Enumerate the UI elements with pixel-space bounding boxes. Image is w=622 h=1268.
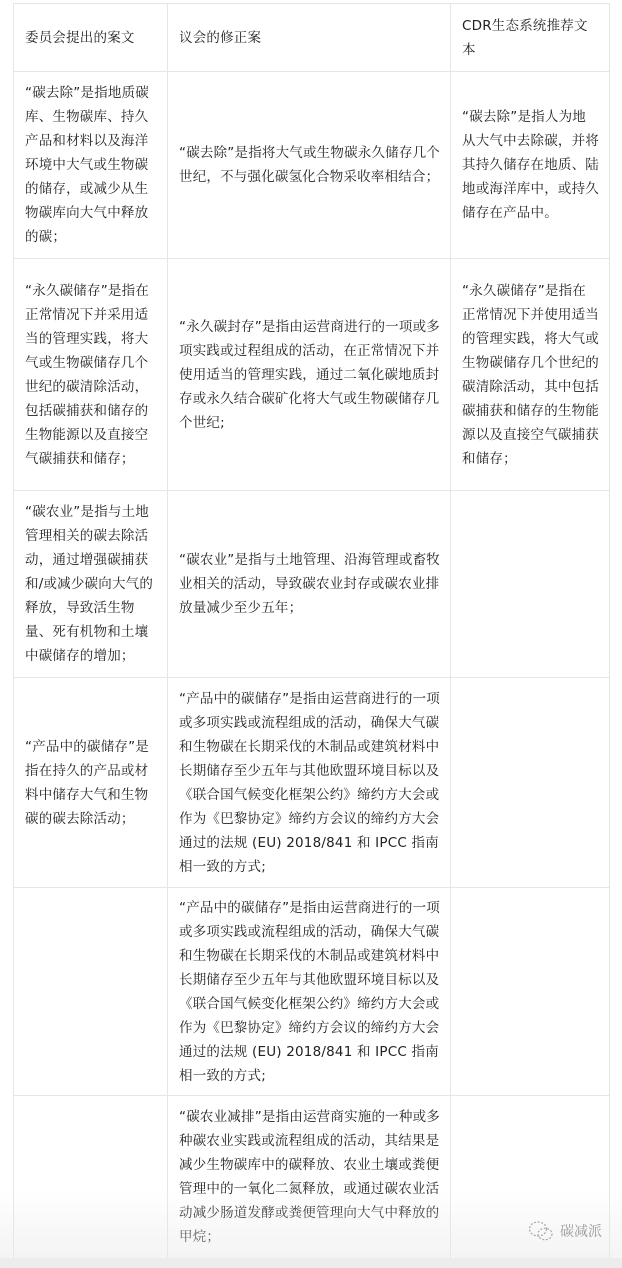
cell-commission: “碳农业”是指与土地管理相关的碳去除活动，通过增强碳捕获和/或减少碳向大气的释放… [14, 491, 168, 678]
table-row: “碳农业”是指与土地管理相关的碳去除活动，通过增强碳捕获和/或减少碳向大气的释放… [14, 491, 610, 678]
table-header-row: 委员会提出的案文 议会的修正案 CDR生态系统推荐文本 [14, 4, 610, 72]
wechat-icon [528, 1220, 554, 1242]
cell-commission: “碳去除”是指地质碳库、生物碳库、持久产品和材料以及海洋环境中大气或生物碳的储存… [14, 72, 168, 259]
watermark-label: 碳减派 [560, 1221, 602, 1241]
cell-cdr: “永久碳储存”是指在正常情况下并使用适当的管理实践，将大气或生物碳储存几个世纪的… [451, 259, 610, 491]
cell-parliament: “碳农业减排”是指由运营商实施的一种或多种碳农业实践或流程组成的活动，其结果是减… [168, 1096, 451, 1259]
cell-cdr [451, 888, 610, 1096]
table-row: “产品中的碳储存”是指在持久的产品或材料中储存大气和生物碳的碳去除活动； “产品… [14, 678, 610, 888]
cell-parliament: “碳农业”是指与土地管理、沿海管理或畜牧业相关的活动，导致碳农业封存或碳农业排放… [168, 491, 451, 678]
cell-cdr [451, 491, 610, 678]
header-commission-text: 委员会提出的案文 [14, 4, 168, 72]
table-row: “永久碳储存”是指在正常情况下并采用适当的管理实践，将大气或生物碳储存几个世纪的… [14, 259, 610, 491]
cell-parliament: “碳去除”是指将大气或生物碳永久储存几个世纪，不与强化碳氢化合物采收率相结合； [168, 72, 451, 259]
table-row: “产品中的碳储存”是指由运营商进行的一项或多项实践或流程组成的活动，确保大气碳和… [14, 888, 610, 1096]
cell-cdr: “碳去除”是指人为地从大气中去除碳，并将其持久储存在地质、陆地或海洋库中，或持久… [451, 72, 610, 259]
cell-commission: “永久碳储存”是指在正常情况下并采用适当的管理实践，将大气或生物碳储存几个世纪的… [14, 259, 168, 491]
cell-parliament: “产品中的碳储存”是指由运营商进行的一项或多项实践或流程组成的活动，确保大气碳和… [168, 888, 451, 1096]
cell-commission [14, 888, 168, 1096]
bottom-strip [0, 1258, 622, 1268]
header-cdr-recommended-text: CDR生态系统推荐文本 [451, 4, 610, 72]
cell-cdr [451, 678, 610, 888]
cell-commission: “产品中的碳储存”是指在持久的产品或材料中储存大气和生物碳的碳去除活动； [14, 678, 168, 888]
table-row: “碳农业减排”是指由运营商实施的一种或多种碳农业实践或流程组成的活动，其结果是减… [14, 1096, 610, 1259]
cell-commission [14, 1096, 168, 1259]
cell-parliament: “产品中的碳储存”是指由运营商进行的一项或多项实践或流程组成的活动，确保大气碳和… [168, 678, 451, 888]
header-parliament-amendment: 议会的修正案 [168, 4, 451, 72]
cell-parliament: “永久碳封存”是指由运营商进行的一项或多项实践或过程组成的活动，在正常情况下并使… [168, 259, 451, 491]
comparison-table: 委员会提出的案文 议会的修正案 CDR生态系统推荐文本 “碳去除”是指地质碳库、… [13, 3, 610, 1259]
table-row: “碳去除”是指地质碳库、生物碳库、持久产品和材料以及海洋环境中大气或生物碳的储存… [14, 72, 610, 259]
document-page: 委员会提出的案文 议会的修正案 CDR生态系统推荐文本 “碳去除”是指地质碳库、… [0, 0, 622, 1268]
watermark: 碳减派 [528, 1220, 602, 1242]
